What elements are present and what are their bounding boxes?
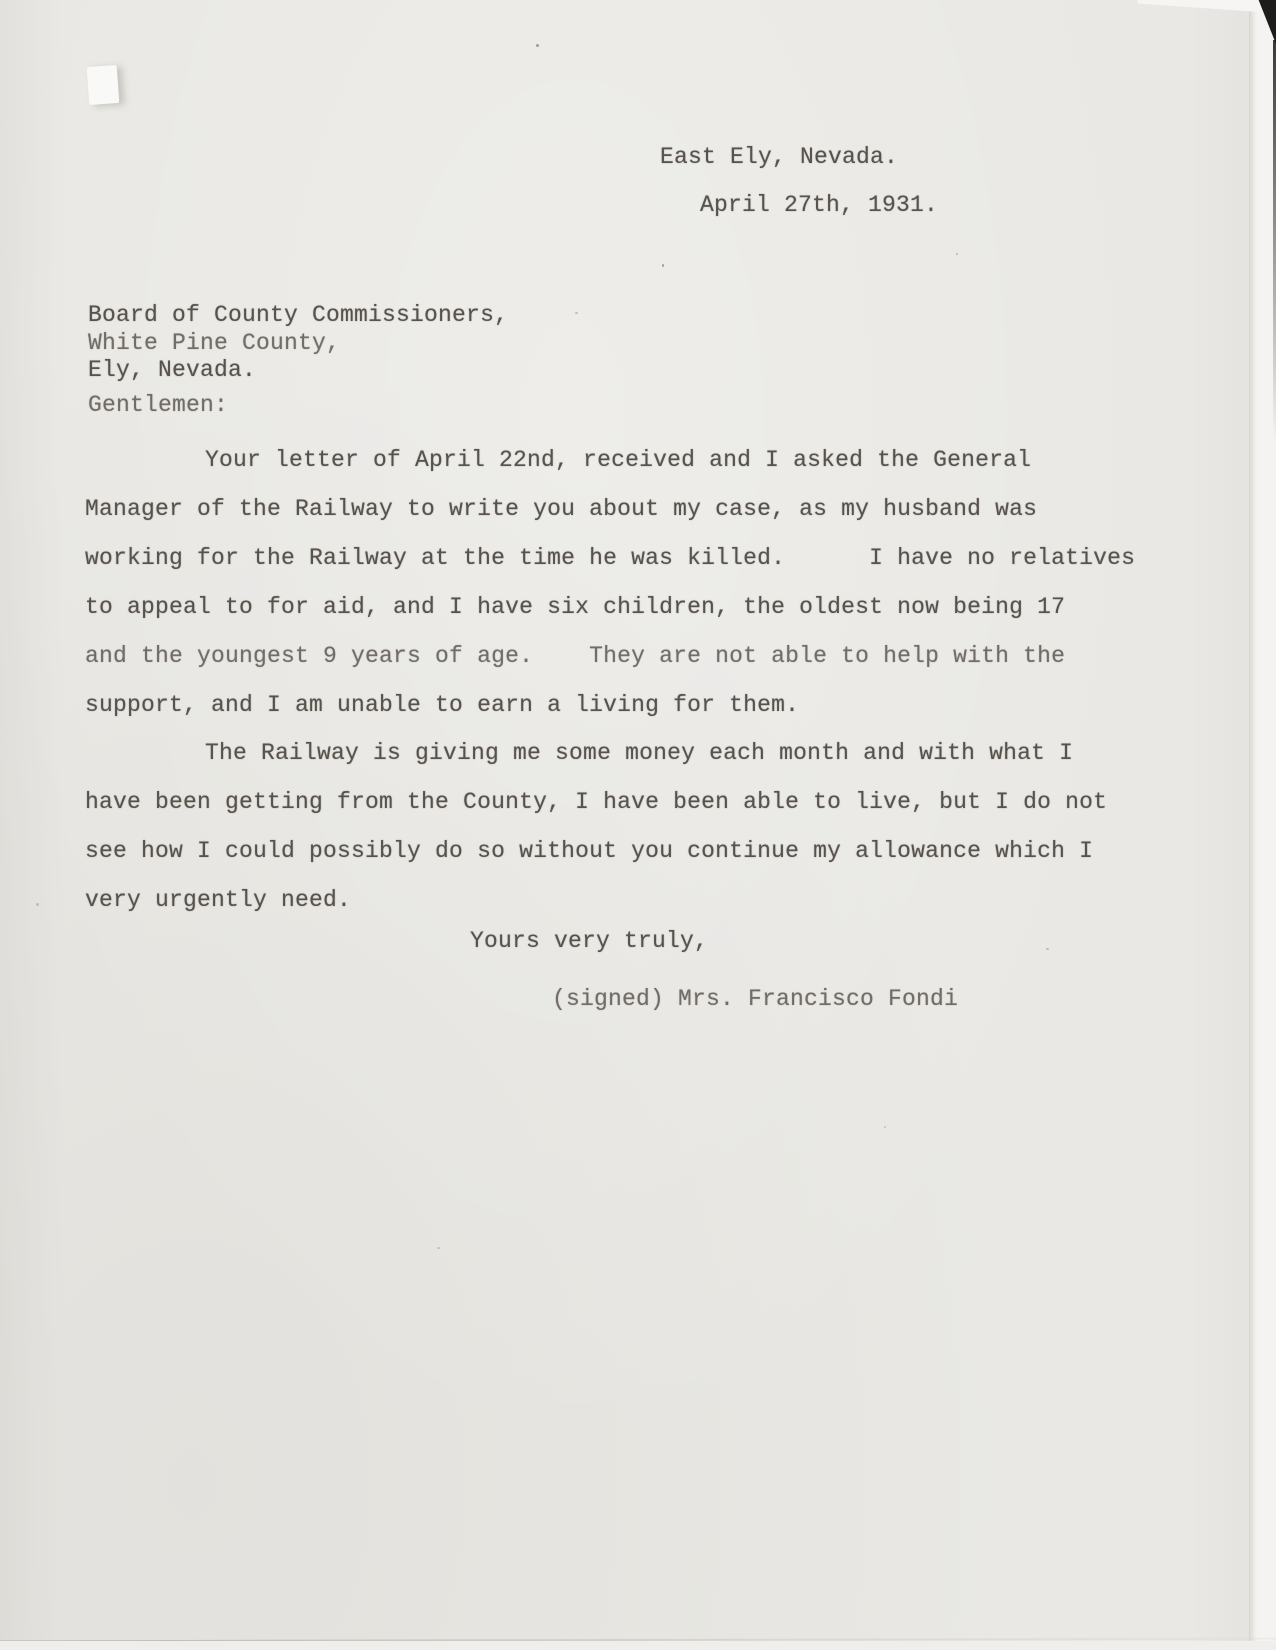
body-line: support, and I am unable to earn a livin… [85, 692, 799, 719]
paper-speck [36, 903, 39, 906]
body-line: Manager of the Railway to write you abou… [85, 496, 1037, 523]
body-line: and the youngest 9 years of age. They ar… [85, 643, 1065, 670]
paper-speck [536, 44, 539, 47]
body-line: have been getting from the County, I hav… [85, 789, 1107, 816]
punch-hole-mark [87, 65, 120, 105]
body-line: Your letter of April 22nd, received and … [205, 447, 1031, 474]
bottom-edge-strip [0, 1641, 1276, 1650]
body-line: very urgently need. [85, 887, 351, 914]
recipient-line: White Pine County, [88, 330, 340, 357]
body-line: see how I could possibly do so without y… [85, 838, 1093, 865]
dateline-date: April 27th, 1931. [700, 192, 938, 219]
paper-speck [662, 264, 664, 267]
salutation: Gentlemen: [88, 392, 228, 419]
page-edge-strip [1249, 0, 1276, 1650]
closing: Yours very truly, [470, 928, 708, 955]
recipient-line: Ely, Nevada. [88, 357, 256, 384]
signature-line: (signed) Mrs. Francisco Fondi [552, 986, 958, 1013]
paper-speck [575, 312, 578, 314]
dateline-location: East Ely, Nevada. [660, 144, 898, 171]
paper-speck [437, 1247, 440, 1249]
paper-speck [1046, 948, 1049, 950]
body-line: working for the Railway at the time he w… [85, 545, 1135, 572]
paper-speck [956, 253, 958, 255]
body-line: to appeal to for aid, and I have six chi… [85, 594, 1065, 621]
recipient-line: Board of County Commissioners, [88, 302, 508, 329]
body-line: The Railway is giving me some money each… [205, 740, 1073, 767]
scanned-letter-page: East Ely, Nevada. April 27th, 1931. Boar… [0, 0, 1276, 1650]
page-edge-top-band [1138, 0, 1269, 13]
paper-speck [884, 1126, 886, 1128]
